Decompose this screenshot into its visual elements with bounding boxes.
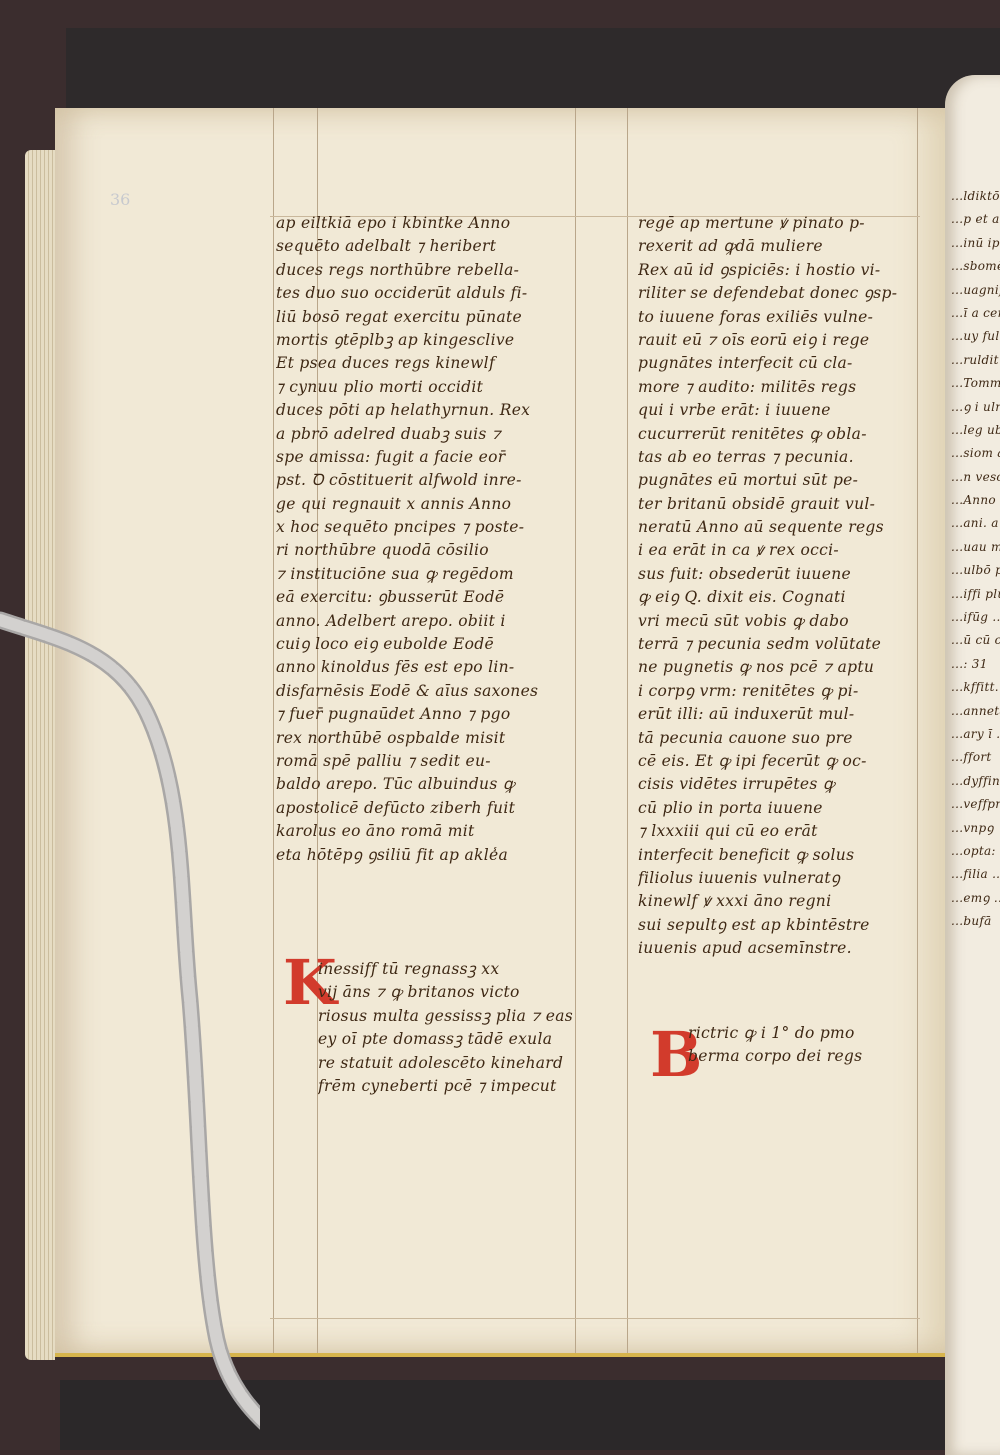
text-line: baldo arepo. Tūc albuindus ꝙ [276,773,538,796]
text-line: liū bosō regat exercitu pūnate [276,306,538,329]
text-line: riliter se defendebat donec ꝯsp- [638,282,897,305]
text-line: ...iffi plūt [951,583,1000,606]
text-line: rex northūbē ospbalde misit [276,727,538,750]
right-text-column: regē ap mertune ꝟ pinato p-rexerit ad ꝙd… [638,212,897,961]
text-line: sus fuit: obsederūt iuuene [638,563,897,586]
text-line: ter britanū obsidē grauit vul- [638,493,897,516]
text-line: Et psea duces regs kinewlf [276,352,538,375]
text-line: cisis vidētes irrupētes ꝙ [638,773,897,796]
text-line: ꝙ eiꝯ Q. dixit eis. Cognati [638,586,897,609]
text-line: rexerit ad ꝙdā muliere [638,235,897,258]
text-line: ...filia .. [951,863,1000,886]
text-line: terrā ⁊ pecunia sedm volūtate [638,633,897,656]
text-line: i ea erāt in ca ꝟ rex occi- [638,539,897,562]
text-line: ⁊ fuer̄ pugnaūdet Anno ⁊ pgo [276,703,538,726]
bookmark-ribbon[interactable] [0,0,260,1455]
text-line: cuiꝯ loco eiꝯ eubolde Eodē [276,633,538,656]
ruling-line [575,108,576,1353]
text-line: inessiff tū regnassꝫ xx [318,958,573,981]
text-line: more ⁊ audito: militēs regs [638,376,897,399]
text-line: ri northūbre quodā cōsilio [276,539,538,562]
ruling-line [273,108,274,1353]
text-line: ...ulbō pllē [951,559,1000,582]
text-line: kinewlf ꝟ xxxi āno regni [638,890,897,913]
text-line: a pbrō adelred duabꝫ suis ⁊ [276,423,538,446]
text-line: ...: 31 [951,653,1000,676]
text-line: ...ldiktō ⁊ [951,185,1000,208]
text-line: ...vnpꝯ [951,817,1000,840]
text-line: sequēto adelbalt ⁊ heribert [276,235,538,258]
text-line: ⁊ lxxxiii qui cū eo erāt [638,820,897,843]
text-line: ...ffort [951,746,1000,769]
text-line: re statuit adolescēto kinehard [318,1052,573,1075]
text-line: erūt illi: aū induxerūt mul- [638,703,897,726]
text-line: ...bufā [951,910,1000,933]
text-line: tā pecunia cauone suo pre [638,727,897,750]
text-line: ...sbomēnt .. [951,255,1000,278]
text-line: tas ab eo terras ⁊ pecunia. [638,446,897,469]
text-line: ...uagnifeuj .. [951,279,1000,302]
text-line: ...leg ubitꝙ [951,419,1000,442]
text-line: rauit eū ⁊ oīs eorū eiꝯ i rege [638,329,897,352]
text-line: ...ꝯ i ulrobo .. [951,396,1000,419]
text-line: ...inū ipi bien [951,232,1000,255]
text-line: x hoc sequēto pncipes ⁊ poste- [276,516,538,539]
text-line: Rex aū id ꝯspiciēs: i hostio vi- [638,259,897,282]
text-line: ge qui regnauit x annis Anno [276,493,538,516]
text-line: ...dyffinn [951,770,1000,793]
text-line: tes duo suo occiderūt alduls fi- [276,282,538,305]
text-line: ...ifūg .. [951,606,1000,629]
text-line: frēm cyneberti pcē ⁊ impecut [318,1075,573,1098]
text-line: vri mecū sūt vobis ꝙ dabo [638,610,897,633]
text-line: vij āns ⁊ ꝙ britanos victo [318,981,573,1004]
text-line: ...Tommūtt [951,372,1000,395]
ruling-line [917,108,918,1353]
text-line: neratū Anno aū sequente regs [638,516,897,539]
text-line: ap eiltkiā epo i kbintke Anno [276,212,538,235]
text-line: iuuenis apud acsemīnstre. [638,937,897,960]
text-line: eā exercitu: ꝯbusserūt Eodē [276,586,538,609]
text-line: ...ary ī .. [951,723,1000,746]
text-line: pugnātes eū mortui sūt pe- [638,469,897,492]
text-line: rictric ꝙ i 1° do pmo [688,1022,862,1045]
text-line: ...ī a cenoi ⁊ .. [951,302,1000,325]
text-line: regē ap mertune ꝟ pinato p- [638,212,897,235]
text-line: spe amissa: fugit a facie eor̄ [276,446,538,469]
text-line: anno kinoldus fēs est epo lin- [276,656,538,679]
text-line: ...siom anno [951,442,1000,465]
text-line: ...emꝯ .. [951,887,1000,910]
text-line: ...Anno ꝟ ap [951,489,1000,512]
left-text-after-initial: inessiff tū regnassꝫ xxvij āns ⁊ ꝙ brita… [318,958,573,1098]
text-line: qui i vrbe erāt: i iuuene [638,399,897,422]
text-line: to iuuene foras exiliēs vulne- [638,306,897,329]
text-line: i corpꝯ vrm: renitētes ꝙ pi- [638,680,897,703]
text-line: ⁊ cynuu plio morti occidit [276,376,538,399]
text-line: anno. Adelbert arepo. obiit i [276,610,538,633]
text-line: berma corpo dei regs [688,1045,862,1068]
text-line: riosus multa gessissꝫ plia ⁊ eas [318,1005,573,1028]
text-line: mortis ꝯtēplbꝫ ap kingesclive [276,329,538,352]
text-line: ey oī pte domassꝫ tādē exula [318,1028,573,1051]
text-line: pst. Ꝺ cōstituerit alfwold inre- [276,469,538,492]
text-line: filiolus iuuenis vulneratꝯ [638,867,897,890]
text-line: apostolicē defūcto ziberh fuit [276,797,538,820]
text-line: pugnātes interfecit cū cla- [638,352,897,375]
text-line: ...ani. a .. [951,512,1000,535]
text-line: cū plio in porta iuuene [638,797,897,820]
text-line: ...uau mi .. [951,536,1000,559]
text-line: sui sepultꝯ est ap kbintēstre [638,914,897,937]
text-line: duces regs northūbre rebella- [276,259,538,282]
ruling-line [270,1318,920,1319]
text-line: ne pugnetis ꝙ nos pcē ⁊ aptu [638,656,897,679]
text-line: ...ruldit pnif [951,349,1000,372]
text-line: ...kffitt. [951,676,1000,699]
facing-page-text: ...ldiktō ⁊...p et anno .....inū ipi bie… [951,185,1000,934]
text-line: ...opta: [951,840,1000,863]
ruling-line [627,108,628,1353]
right-text-after-initial: rictric ꝙ i 1° do pmoberma corpo dei reg… [688,1022,862,1069]
text-line: ...annetatē [951,700,1000,723]
text-line: duces pōti ap helathyrnun. Rex [276,399,538,422]
text-line: interfecit beneficit ꝙ solus [638,844,897,867]
text-line: ...n vesod .. [951,466,1000,489]
text-line: ...p et anno .. [951,208,1000,231]
text-line: cucurrerūt renitētes ꝙ obla- [638,423,897,446]
left-text-column: ap eiltkiā epo i kbintke Annosequēto ade… [276,212,538,867]
text-line: ...ū cū colig [951,629,1000,652]
text-line: eta hōtēpꝯ ꝯsiliū fit ap akle̾a [276,844,538,867]
text-line: karolus eo āno romā mit [276,820,538,843]
facing-recto-page: ...ldiktō ⁊...p et anno .....inū ipi bie… [945,75,1000,1455]
text-line: ...veffpn [951,793,1000,816]
text-line: cē eis. Et ꝙ ipi fecerūt ꝙ oc- [638,750,897,773]
text-line: ...uy fullimo [951,325,1000,348]
text-line: ⁊ instituciōne sua ꝙ regēdom [276,563,538,586]
text-line: romā spē palliu ⁊ sedit eu- [276,750,538,773]
text-line: disfarnēsis Eodē & aīus saxones [276,680,538,703]
